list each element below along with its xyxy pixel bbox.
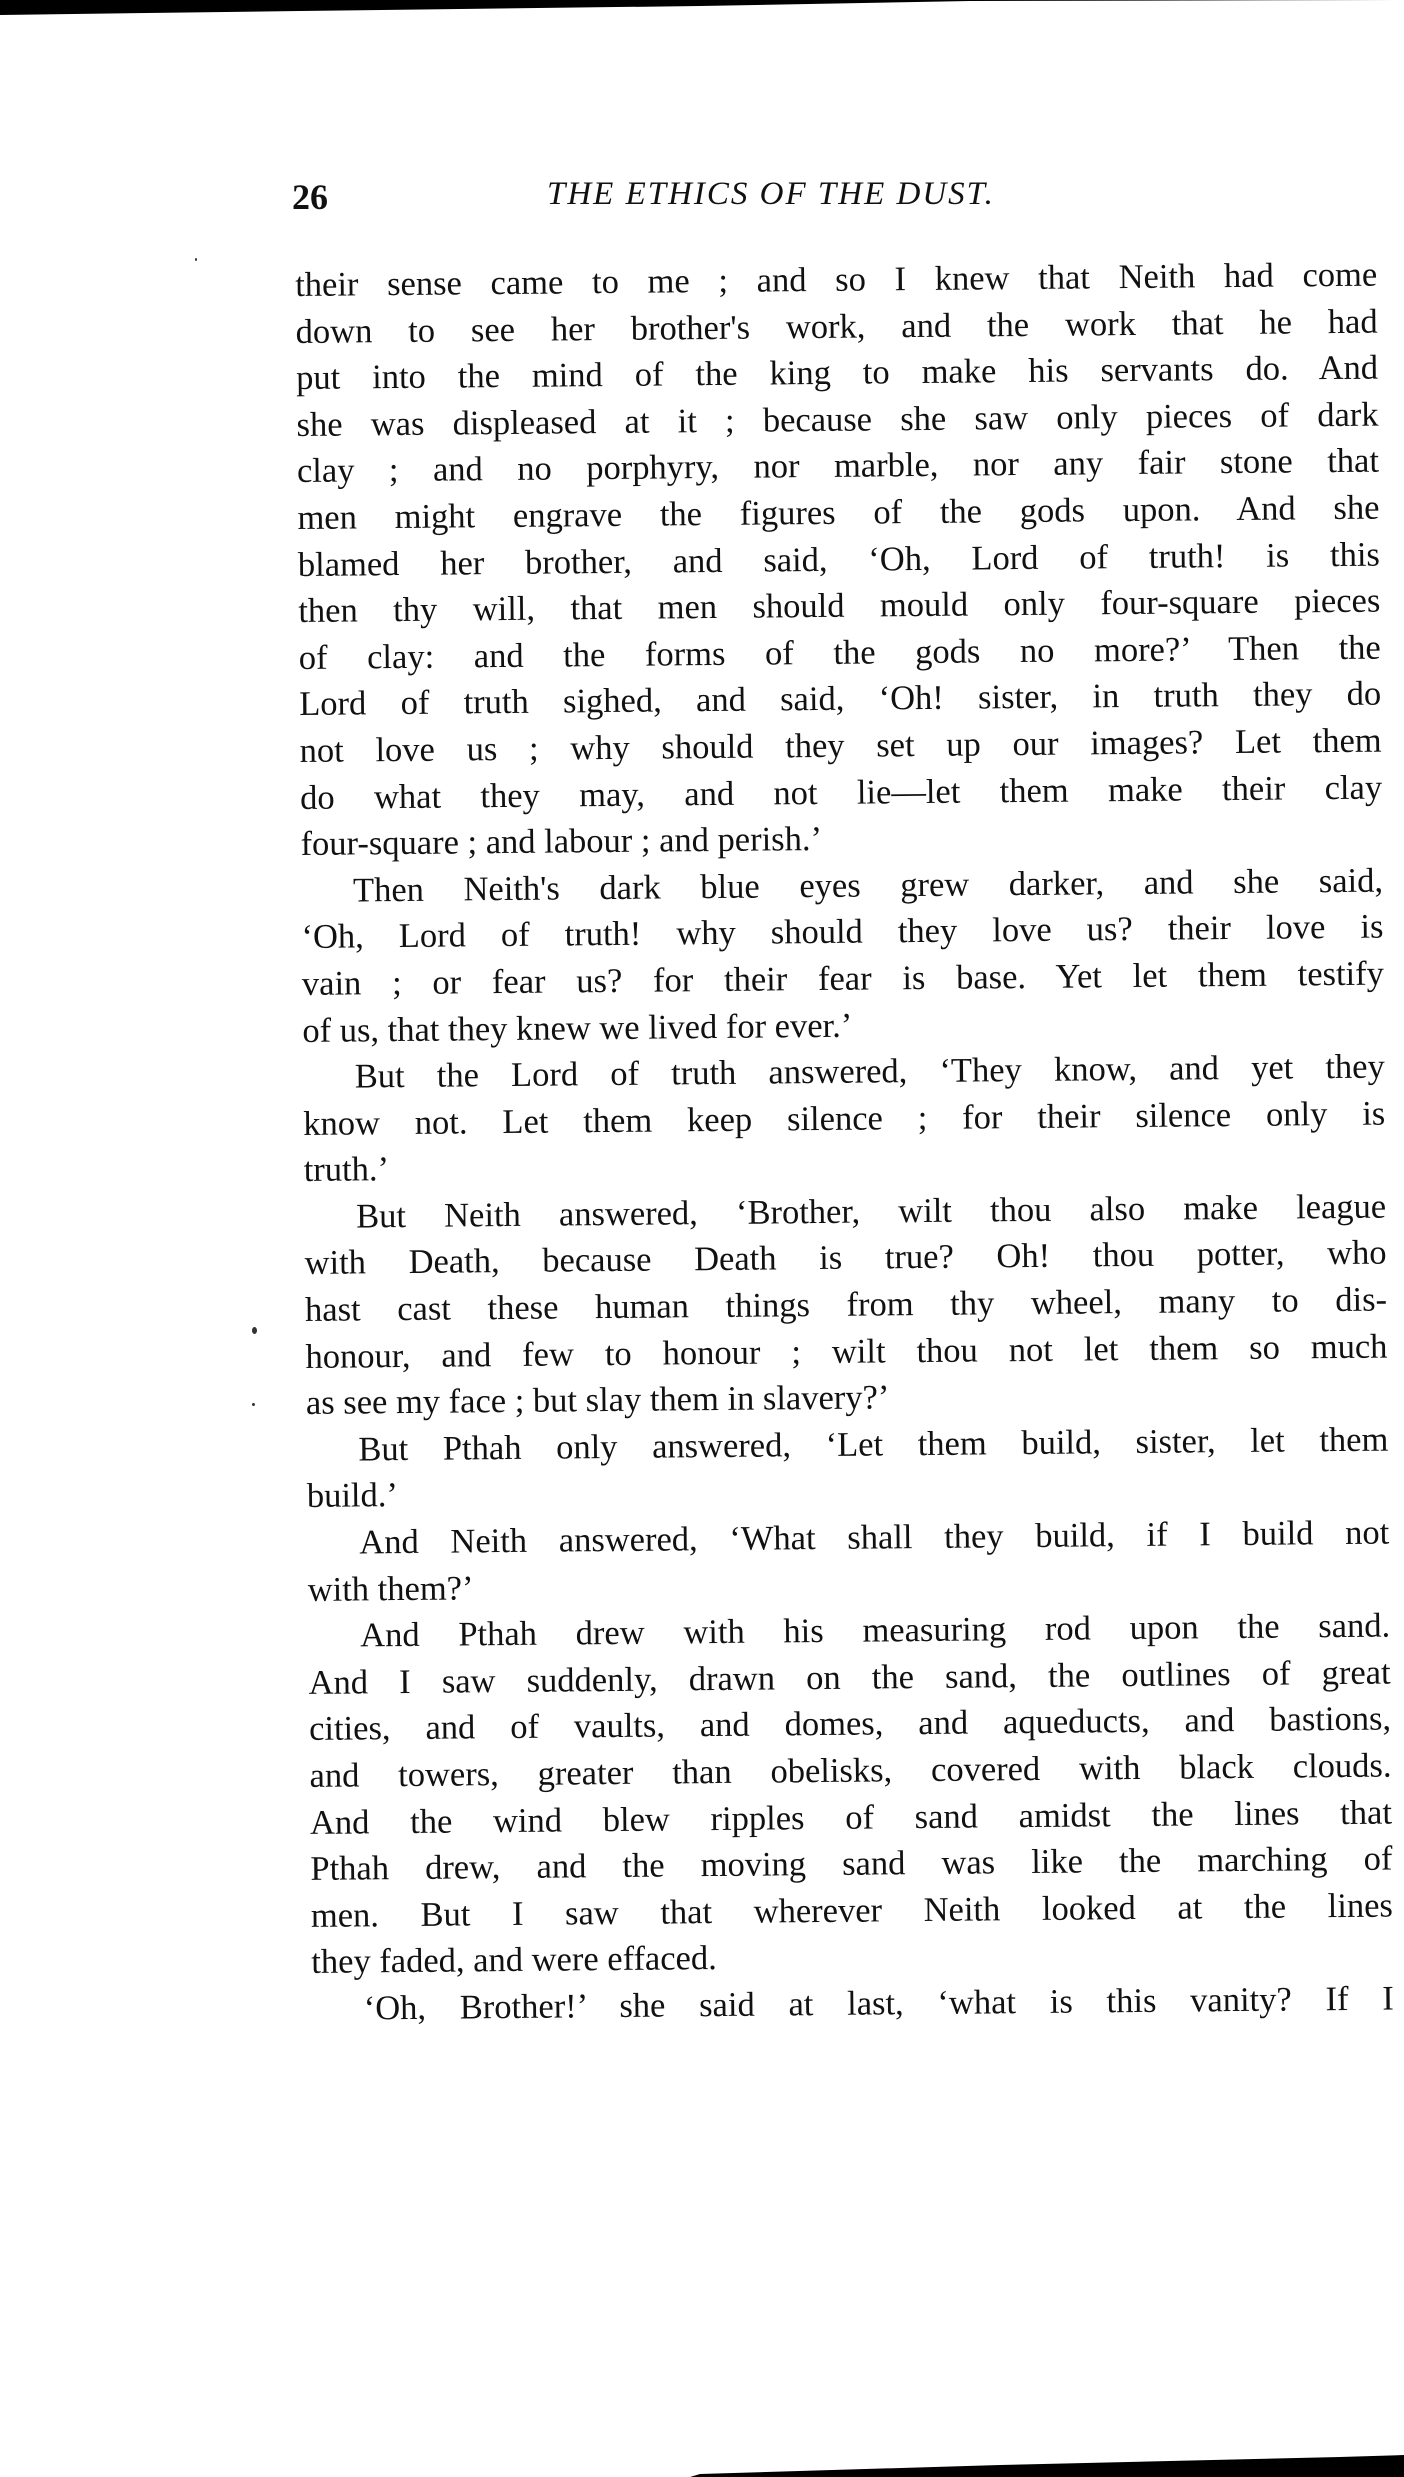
running-header: 26 THE ETHICS OF THE DUST. — [292, 168, 1382, 228]
page-number: 26 — [292, 176, 328, 218]
scan-edge-top — [0, 0, 1404, 20]
margin-speck — [252, 1403, 255, 1406]
running-title: THE ETHICS OF THE DUST. — [547, 176, 995, 213]
body-text: their sense came to me ; and so I knew t… — [295, 252, 1394, 2033]
margin-speck — [195, 258, 197, 261]
scan-edge-bottom — [0, 2437, 1404, 2477]
margin-speck — [252, 1327, 257, 1334]
text-line: ‘Oh, Brother!’ she said at last, ‘what i… — [312, 1976, 1394, 2033]
